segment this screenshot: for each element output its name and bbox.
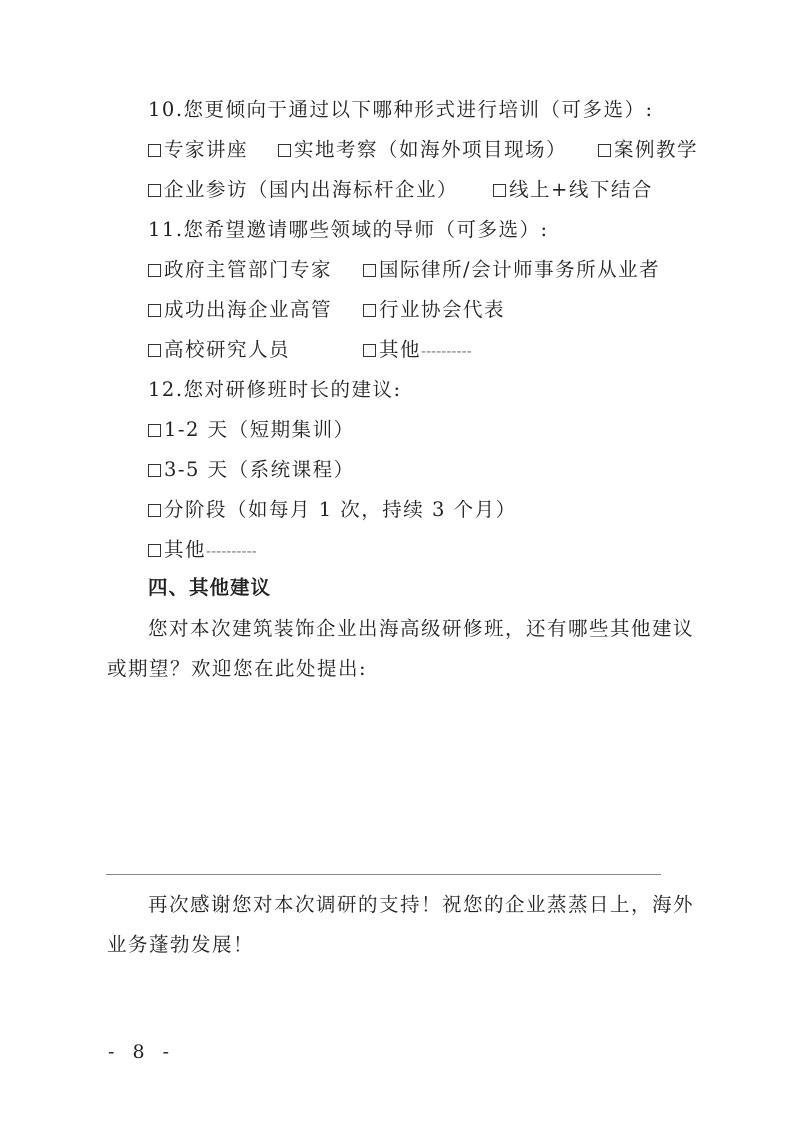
- q11-option-other[interactable]: 其他----------: [363, 338, 472, 363]
- q12-other-blank[interactable]: ----------: [206, 542, 257, 560]
- q10-options-row-1: 专家讲座 实地考察（如海外项目现场） 案例教学: [148, 138, 748, 162]
- checkbox-icon[interactable]: [148, 464, 161, 477]
- page-number: - 8 -: [108, 1041, 175, 1063]
- suggestion-prompt-line-2: 或期望？欢迎您在此处提出:: [107, 657, 367, 681]
- q11-option-association[interactable]: 行业协会代表: [363, 298, 505, 322]
- q10-option-field-visit[interactable]: 实地考察（如海外项目现场）: [278, 138, 567, 162]
- q11-option-law-accounting[interactable]: 国际律所/会计师事务所从业者: [363, 258, 660, 282]
- q11-option-academic[interactable]: 高校研究人员: [148, 338, 290, 362]
- checkbox-icon[interactable]: [148, 304, 161, 317]
- suggestion-prompt-line-1: 您对本次建筑装饰企业出海高级研修班，还有哪些其他建议: [148, 617, 694, 641]
- checkbox-icon[interactable]: [148, 264, 161, 277]
- q11-options-row-2: 成功出海企业高管 行业协会代表: [148, 298, 748, 322]
- q12-option-systematic[interactable]: 3-5 天（系统课程）: [148, 458, 355, 482]
- q11-option-exec[interactable]: 成功出海企业高管: [148, 298, 332, 322]
- q11-options-row-1: 政府主管部门专家 国际律所/会计师事务所从业者: [148, 258, 748, 282]
- checkbox-icon[interactable]: [148, 424, 161, 437]
- closing-line-1: 再次感谢您对本次调研的支持！祝您的企业蒸蒸日上，海外: [148, 893, 694, 917]
- checkbox-icon[interactable]: [148, 344, 161, 357]
- q12-option-short[interactable]: 1-2 天（短期集训）: [148, 418, 355, 442]
- question-10: 10.您更倾向于通过以下哪种形式进行培训（可多选）:: [148, 98, 654, 122]
- section-heading-other-suggestions: 四、其他建议: [148, 576, 271, 600]
- checkbox-icon[interactable]: [148, 504, 161, 517]
- q10-option-hybrid[interactable]: 线上+线下结合: [493, 178, 653, 202]
- checkbox-icon[interactable]: [363, 304, 376, 317]
- checkbox-icon[interactable]: [278, 144, 291, 157]
- q12-option-phased[interactable]: 分阶段（如每月 1 次，持续 3 个月）: [148, 498, 517, 522]
- checkbox-icon[interactable]: [148, 184, 161, 197]
- question-11: 11.您希望邀请哪些领域的导师（可多选）:: [148, 218, 549, 242]
- q10-option-company-visit[interactable]: 企业参访（国内出海标杆企业）: [148, 178, 458, 202]
- q10-option-expert-lecture[interactable]: 专家讲座: [148, 138, 248, 162]
- q11-options-row-3: 高校研究人员 其他----------: [148, 338, 748, 362]
- q11-option-gov-expert[interactable]: 政府主管部门专家: [148, 258, 332, 282]
- checkbox-icon[interactable]: [148, 144, 161, 157]
- separator-line: [106, 874, 661, 875]
- q12-option-other[interactable]: 其他----------: [148, 538, 257, 563]
- suggestion-answer-area[interactable]: [107, 690, 707, 865]
- q10-option-case-teaching[interactable]: 案例教学: [598, 138, 698, 162]
- question-12: 12.您对研修班时长的建议:: [148, 378, 402, 402]
- q11-other-blank[interactable]: ----------: [421, 342, 472, 360]
- closing-line-2: 业务蓬勃发展！: [107, 933, 254, 957]
- checkbox-icon[interactable]: [148, 544, 161, 557]
- checkbox-icon[interactable]: [363, 264, 376, 277]
- checkbox-icon[interactable]: [598, 144, 611, 157]
- checkbox-icon[interactable]: [493, 184, 506, 197]
- checkbox-icon[interactable]: [363, 344, 376, 357]
- q10-options-row-2: 企业参访（国内出海标杆企业） 线上+线下结合: [148, 178, 748, 202]
